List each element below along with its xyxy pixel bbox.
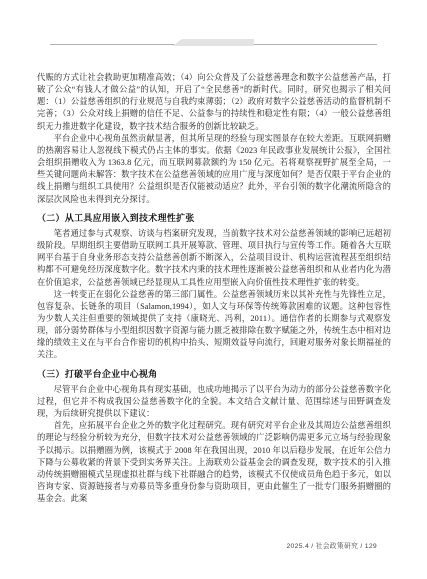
- section-heading-break-platform-view: （三）打破平台企业中心视角: [37, 368, 391, 380]
- section-heading-tool-to-rationality: （二）从工具应用嵌入到技术理性扩张: [37, 212, 391, 224]
- paragraph-third-sector-weakening: 这一转变正在弱化公益慈善的第三部门属性。公益慈善领域历来以其补充性与先锋性立足，…: [37, 289, 391, 362]
- article-body: 代赈的方式让社会救助更加精准高效；（4）向公众普及了公益慈善理念和数字公益慈善产…: [37, 72, 391, 505]
- page-footer: 2025.4 / 社会政策研究 / 129: [286, 540, 377, 550]
- paragraph-first-suggestion: 首先，应拓展平台企业之外的数字化过程研究。现有研究对平台企业及其周边公益慈善组织…: [37, 420, 391, 505]
- header-tab-shape: [172, 39, 254, 46]
- paragraph-platform-gap: 平台企业中心视角虽然贡献显著，但其所呈现的经验与现实图景存在较大差距。互联网捐赠…: [37, 133, 391, 206]
- paragraph-beyond-platform: 尽管平台企业中心视角具有现实基础，也成功地揭示了以平台为动力的部分公益慈善数字化…: [37, 384, 391, 420]
- paragraph-observation-findings: 笔者通过参与式观察、访谈与档案研究发现，当前数字技术对公益慈善领域的影响已远超初…: [37, 228, 391, 289]
- paragraph-continuation: 代赈的方式让社会救助更加精准高效；（4）向公众普及了公益慈善理念和数字公益慈善产…: [37, 72, 391, 133]
- journal-page: { "header": { "ornament": "header-rule-w…: [0, 0, 427, 579]
